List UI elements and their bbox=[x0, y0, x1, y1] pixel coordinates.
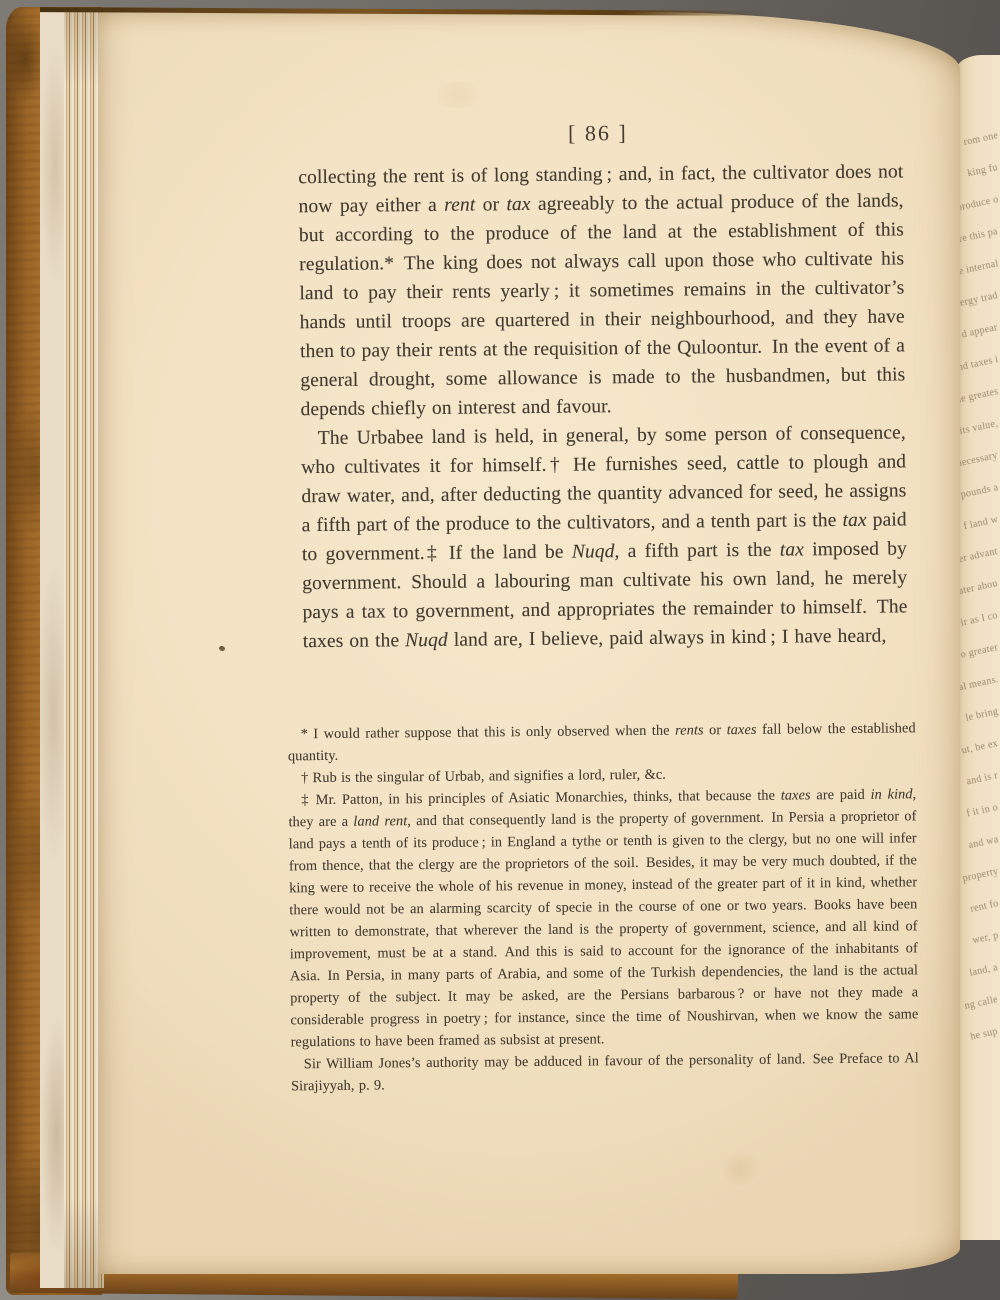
text-run: agreeably to the actual produce of the l… bbox=[299, 190, 906, 420]
edge-fragment: d appear bbox=[961, 322, 999, 340]
footnote: ‡ Mr. Patton, in his principles of Asiat… bbox=[288, 783, 919, 1053]
text-run: The Urbabee land is held, in general, by… bbox=[301, 422, 906, 536]
edge-fragment: ir as I co bbox=[960, 610, 999, 629]
italic-text-run: tax bbox=[506, 194, 530, 215]
edge-fragment: ater abou bbox=[958, 578, 999, 597]
edge-fragment: e internal bbox=[957, 258, 999, 277]
edge-fragment: nd taxes i bbox=[956, 354, 999, 373]
edge-fragment: the greates bbox=[956, 386, 999, 406]
edge-fragment: property bbox=[961, 866, 999, 884]
italic-text-run: rents bbox=[675, 722, 704, 738]
main-text-block: collecting the rent is of long standing … bbox=[298, 157, 908, 656]
footnote: Sir William Jones’s authority may be add… bbox=[291, 1047, 919, 1097]
text-run: or bbox=[704, 722, 727, 738]
text-run: † Rub is the singular of Urbab, and sign… bbox=[301, 767, 666, 787]
edge-fragment: pounds a bbox=[959, 482, 999, 501]
page-number: [ 86 ] bbox=[298, 117, 898, 149]
italic-text-run: rent bbox=[444, 195, 475, 216]
edge-fragment: f land w bbox=[962, 514, 999, 532]
edge-fragment: and wa bbox=[967, 834, 999, 851]
italic-text-run: land rent bbox=[353, 813, 407, 830]
footnotes-block: * I would rather suppose that this is on… bbox=[288, 717, 920, 1097]
text-run: , a fifth part is the bbox=[614, 540, 780, 563]
paragraph: collecting the rent is of long standing … bbox=[298, 157, 905, 424]
italic-text-run: Nuqd bbox=[405, 630, 448, 651]
edge-fragment: ut, be ex bbox=[961, 738, 999, 756]
book-photograph: rom oneking fuproduce ore this pae inter… bbox=[0, 0, 1000, 1300]
italic-text-run: taxes bbox=[727, 722, 757, 738]
text-run: are paid bbox=[811, 787, 871, 804]
book-page: [ 86 ] collecting the rent is of long st… bbox=[98, 12, 960, 1274]
italic-text-run: tax bbox=[842, 510, 866, 531]
edge-fragment: he sup bbox=[970, 1026, 999, 1043]
italic-text-run: tax bbox=[780, 539, 804, 560]
text-run: land are, I believe, paid always in kind… bbox=[448, 626, 887, 651]
text-run: ‡ Mr. Patton, in his principles of Asiat… bbox=[301, 788, 781, 809]
italic-text-run: Nuqd bbox=[572, 541, 615, 562]
edge-fragment: re this pa bbox=[958, 226, 999, 245]
edge-fragment: al means. bbox=[957, 674, 999, 693]
edge-fragment: and is r bbox=[966, 770, 999, 787]
edge-fragment: ng calle bbox=[964, 994, 999, 1012]
edge-fragment: wer, p bbox=[971, 930, 999, 946]
edge-fragment: s, its value, bbox=[956, 418, 999, 439]
italic-text-run: taxes bbox=[781, 787, 811, 803]
edge-fragment: f it in o bbox=[966, 802, 999, 819]
edge-fragment: necessary bbox=[956, 450, 999, 469]
text-run: * I would rather suppose that this is on… bbox=[301, 723, 676, 743]
text-run: or bbox=[475, 194, 506, 215]
edge-fragment: nergy trad bbox=[956, 290, 999, 310]
text-run: Sir William Jones’s authority may be add… bbox=[291, 1050, 919, 1094]
italic-text-run: in kind bbox=[870, 786, 912, 802]
edge-fragment: er advant bbox=[958, 546, 999, 565]
footnote: * I would rather suppose that this is on… bbox=[288, 717, 916, 767]
edge-fragment: king fu bbox=[967, 162, 999, 179]
edge-fragment: le bring bbox=[964, 706, 999, 724]
edge-fragment: land, a bbox=[969, 962, 999, 979]
text-run: , and that consequently land is the prop… bbox=[289, 808, 919, 1050]
edge-fragment: o greater bbox=[960, 642, 999, 661]
edge-fragment: rent fo bbox=[969, 898, 999, 915]
edge-fragment: produce o bbox=[956, 194, 999, 214]
page-text: [ 86 ] collecting the rent is of long st… bbox=[92, 5, 966, 1275]
paragraph: The Urbabee land is held, in general, by… bbox=[301, 418, 908, 656]
edge-fragment: rom one bbox=[962, 130, 999, 148]
